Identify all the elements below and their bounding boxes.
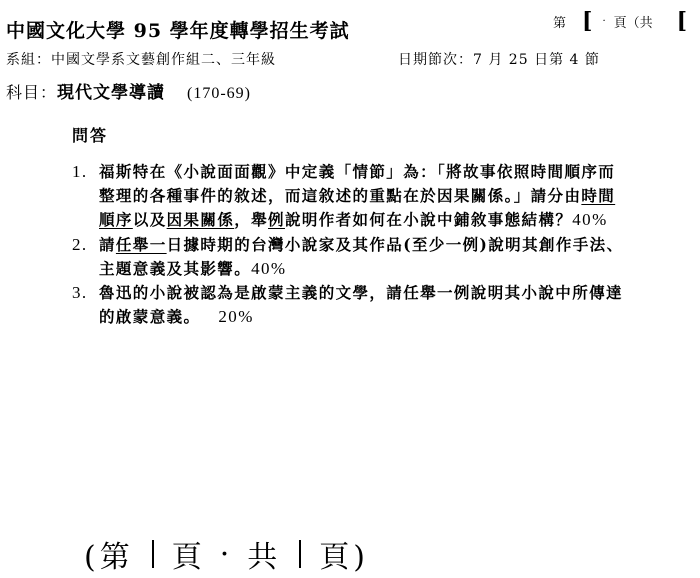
question-text: 主題意義及其影響。 xyxy=(99,259,251,278)
question-number: 2. xyxy=(72,233,88,257)
question-text: 說明作者如何在小說中鋪敘事態結構？ xyxy=(285,210,572,229)
underlined-text: 例 xyxy=(268,210,285,229)
question-text: ，舉 xyxy=(234,210,268,229)
section-heading: 問答 xyxy=(72,123,108,146)
question-text: 以及 xyxy=(133,210,167,229)
footer-close: 頁) xyxy=(319,532,369,576)
date-line: 日期節次：7 月 25 日第 4 節 xyxy=(398,49,600,69)
department-value: 中國文學系文藝創作組二、三年級 xyxy=(51,52,276,68)
department-label: 系組： xyxy=(6,52,51,68)
question-text: 日據時期的台灣小說家及其作品(至少一例)說明其創作手法、 xyxy=(167,235,624,254)
exam-title: 中國文化大學 95 學年度轉學招生考試 xyxy=(6,16,350,43)
question-score: 40% xyxy=(572,210,607,229)
question-body: 福斯特在《小說面面觀》中定義「情節」為：「將故事依照時間順序而 整理的各種事件的… xyxy=(99,160,692,232)
underlined-text: 因果關係 xyxy=(167,210,235,229)
date-value: 7 月 25 日第 4 節 xyxy=(473,52,600,68)
subject-name: 現代文學導讀 xyxy=(57,83,165,103)
page-total: [ xyxy=(677,10,687,32)
page-middle: 頁（共 xyxy=(614,12,653,31)
footer-page-indicator: (第 頁 · 共 頁) xyxy=(84,532,369,576)
footer-current-page xyxy=(152,540,154,568)
question-score: 40% xyxy=(251,259,286,278)
underlined-text: 時間 xyxy=(581,186,615,205)
question-number: 3. xyxy=(72,281,88,305)
question-line: 順序以及因果關係，舉例說明作者如何在小說中鋪敘事態結構？40% xyxy=(99,208,692,232)
page-prefix: 第 xyxy=(553,12,566,31)
question-text: 福斯特在《小說面面觀》中定義「情節」為：「將故事依照時間順序而 xyxy=(99,162,615,181)
question-line: 整理的各種事件的敘述，而這敘述的重點在於因果關係。」請分由時間 xyxy=(99,184,692,208)
question-text: 魯迅的小說被認為是啟蒙主義的文學，請任舉一例說明其小說中所傳達 xyxy=(99,283,623,302)
department-line: 系組：中國文學系文藝創作組二、三年級 xyxy=(6,49,276,69)
footer-total-prefix: 共 xyxy=(247,532,281,576)
question-line: 的啟蒙意義。20% xyxy=(99,305,692,329)
page-indicator: 第 [ · 頁（共 [ xyxy=(553,10,687,32)
question-3: 3. 魯迅的小說被認為是啟蒙主義的文學，請任舉一例說明其小說中所傳達 的啟蒙意義… xyxy=(72,281,692,329)
page-dot: · xyxy=(602,16,605,27)
subject-code: (170-69) xyxy=(187,85,251,102)
question-text: 整理的各種事件的敘述，而這敘述的重點在於因果關係。」請分由 xyxy=(99,186,581,205)
date-label: 日期節次： xyxy=(398,52,473,68)
question-line: 請任舉一日據時期的台灣小說家及其作品(至少一例)說明其創作手法、 xyxy=(99,233,692,257)
underlined-text: 順序 xyxy=(99,210,133,229)
question-2: 2. 請任舉一日據時期的台灣小說家及其作品(至少一例)說明其創作手法、 主題意義… xyxy=(72,233,692,281)
question-number: 1. xyxy=(72,160,88,184)
footer-page: 頁 xyxy=(172,532,206,576)
subject-line: 科目：現代文學導讀(170-69) xyxy=(6,78,251,103)
question-line: 主題意義及其影響。40% xyxy=(99,257,692,281)
footer-total-page xyxy=(299,540,301,568)
page-current: [ xyxy=(582,10,592,32)
question-body: 請任舉一日據時期的台灣小說家及其作品(至少一例)說明其創作手法、 主題意義及其影… xyxy=(99,233,692,281)
question-line: 魯迅的小說被認為是啟蒙主義的文學，請任舉一例說明其小說中所傳達 xyxy=(99,281,692,305)
question-body: 魯迅的小說被認為是啟蒙主義的文學，請任舉一例說明其小說中所傳達 的啟蒙意義。20… xyxy=(99,281,692,329)
question-score: 20% xyxy=(218,307,253,326)
subject-label: 科目： xyxy=(6,83,57,102)
footer-dot: · xyxy=(220,537,234,572)
question-text: 請 xyxy=(99,235,116,254)
footer-open: (第 xyxy=(84,532,134,576)
question-text: 的啟蒙意義。 xyxy=(99,307,200,326)
question-line: 福斯特在《小說面面觀》中定義「情節」為：「將故事依照時間順序而 xyxy=(99,160,692,184)
underlined-text: 任舉一 xyxy=(116,235,167,254)
question-1: 1. 福斯特在《小說面面觀》中定義「情節」為：「將故事依照時間順序而 整理的各種… xyxy=(72,160,692,232)
